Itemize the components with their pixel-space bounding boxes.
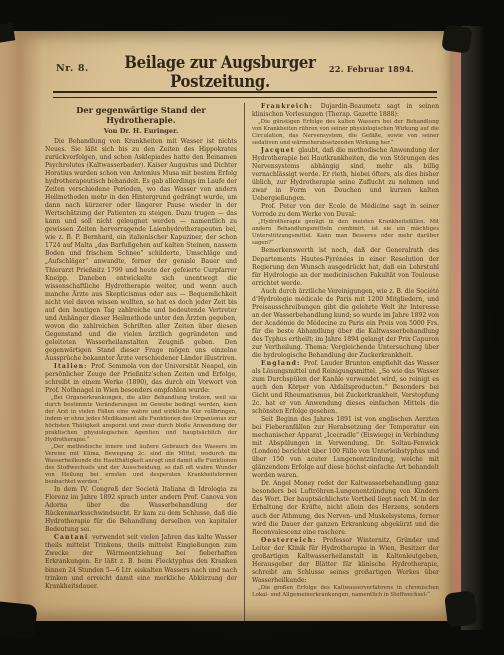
cover-corner-bottom-right — [444, 590, 478, 627]
article-paragraph: Prof. Peter von der Ecole de Médicine sa… — [252, 203, 439, 219]
article-paragraph: England: Prof. Lauder Brunton empfiehlt … — [252, 360, 439, 416]
article-paragraph: „Die großen Erfolge des Kaltwasserverfah… — [252, 585, 439, 599]
cover-corner-bottom-left — [0, 601, 38, 640]
issue-date: 22. Februar 1894. — [329, 64, 414, 74]
article-paragraph: Bemerkenswerth ist noch, daß der General… — [252, 247, 439, 287]
article-paragraph: Auch durch ärztliche Vereinigungen, wie … — [252, 288, 439, 360]
cover-corner-top-right — [441, 24, 473, 54]
article-columns: Der gegenwärtige Stand der Hydrotherapie… — [45, 103, 439, 621]
article-paragraph: Oesterreich: Professor Winternitz, Gründ… — [252, 537, 439, 585]
article-paragraph: „Die günstigen Erfolge des kalten Wasser… — [252, 119, 439, 147]
article-byline: Von Dr. H. Euringer. — [45, 127, 237, 135]
cover-corner-top-left — [0, 22, 15, 43]
article-paragraph: „Der methodische innere und äußere Gebra… — [45, 444, 237, 486]
photo-background: Nr. 8. Beilage zur Augsburger Postzeitun… — [0, 0, 504, 655]
article-paragraph: „Hydrotherapie genügt in den meisten Kra… — [252, 219, 439, 247]
article-title: Der gegenwärtige Stand der Hydrotherapie… — [45, 105, 237, 125]
masthead-title: Beilage zur Augsburger Postzeitung. — [88, 53, 352, 91]
newspaper-page: Nr. 8. Beilage zur Augsburger Postzeitun… — [0, 31, 452, 621]
paragraph-lead: Cantani — [54, 534, 92, 541]
issue-number: Nr. 8. — [56, 63, 89, 74]
paragraph-lead: Oesterreich: — [261, 537, 323, 544]
paragraph-lead: England: — [261, 360, 304, 367]
article-paragraph: Dr. Angel Money redet der Kaltwasserbeha… — [252, 480, 439, 536]
right-column: Frankreich: Dujardin-Beaumetz sagt in se… — [245, 103, 439, 621]
article-paragraph: In dem IV. Congreß der Società Italiana … — [45, 486, 237, 534]
masthead-header: Nr. 8. Beilage zur Augsburger Postzeitun… — [0, 53, 452, 87]
article-paragraph: Die Behandlung von Krankheiten mit Wasse… — [45, 138, 237, 363]
article-paragraph: „Bei Organerkrankungen, die aller Behand… — [45, 395, 237, 444]
right-column-text: Frankreich: Dujardin-Beaumetz sagt in se… — [252, 103, 439, 599]
gutter-shadow — [0, 31, 42, 621]
article-paragraph: Seit Beginn des Jahres 1891 ist von engl… — [252, 416, 439, 480]
paragraph-lead: Frankreich: — [261, 103, 321, 110]
article-paragraph: Cantani verwendet seit vielen Jahren das… — [45, 534, 237, 590]
header-rule — [53, 91, 437, 98]
paragraph-lead: Italien: — [54, 363, 91, 370]
article-paragraph: Italien: Prof. Semmola von der Universit… — [45, 363, 237, 395]
left-column-text: Die Behandlung von Krankheiten mit Wasse… — [45, 138, 237, 591]
left-column: Der gegenwärtige Stand der Hydrotherapie… — [45, 103, 245, 621]
book-cover-edge — [461, 26, 484, 630]
article-paragraph: Frankreich: Dujardin-Beaumetz sagt in se… — [252, 103, 439, 119]
paragraph-lead: Jacquet — [261, 147, 298, 154]
article-paragraph: Jacquet glaubt, daß die methodische Anwe… — [252, 147, 439, 203]
